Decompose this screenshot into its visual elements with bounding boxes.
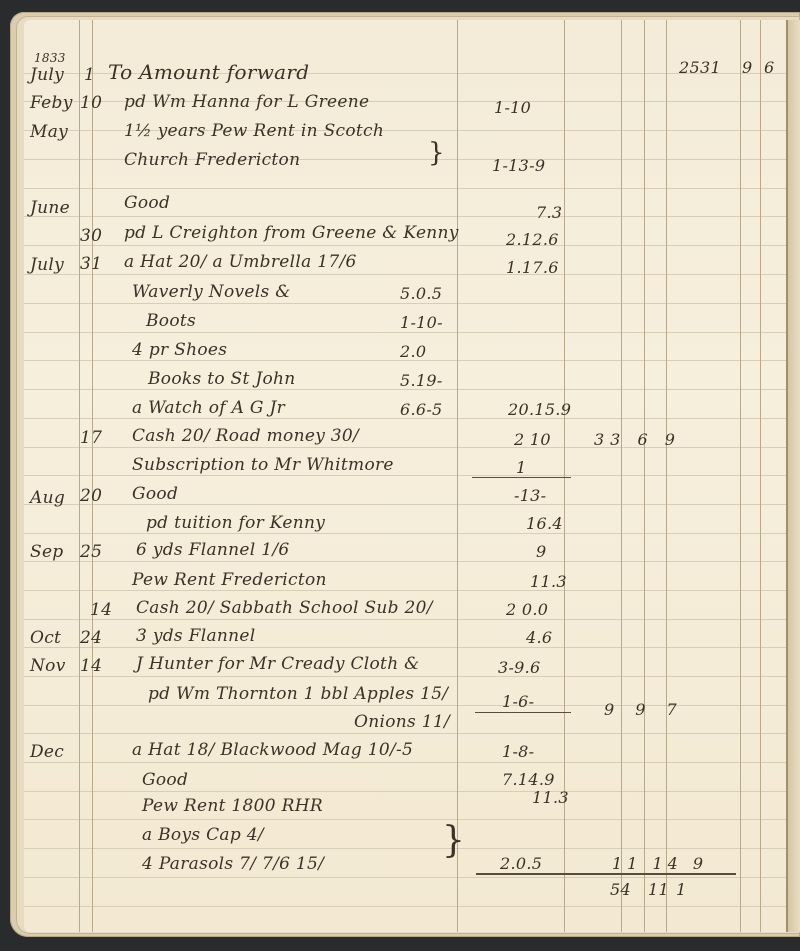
entry-amount: 11.3	[532, 788, 569, 808]
entry-description: pd tuition for Kenny	[146, 513, 325, 533]
entry-description: Church Fredericton	[124, 150, 300, 170]
subtotal-nov: 9 9 7	[604, 700, 685, 720]
entry-amount: 1-13-9	[492, 156, 545, 176]
entry-description: Onions 11/	[354, 712, 450, 732]
grand-total-pence: 1	[676, 880, 686, 900]
entry-description: a Watch of A G Jr	[132, 398, 285, 418]
entry-day: 31	[80, 254, 102, 274]
entry-description: Good	[132, 484, 178, 504]
entry-month: July	[30, 65, 64, 85]
total-line	[476, 873, 736, 875]
entry-sub-amount: 2.0	[400, 342, 426, 362]
entry-amount: 3-9.6	[498, 658, 541, 678]
entry-amount: 16.4	[526, 514, 563, 534]
balance-pounds: 2531	[679, 58, 721, 78]
ruled-line	[24, 274, 800, 275]
entry-month: Sep	[30, 542, 64, 562]
entry-description: J Hunter for Mr Cready Cloth &	[136, 654, 420, 674]
ruled-line	[24, 819, 800, 820]
entry-amount: 2.12.6	[506, 230, 559, 250]
entry-amount: 1-10	[494, 98, 531, 118]
grand-total-shillings: 11	[648, 880, 669, 900]
entry-amount: 2.0.5	[500, 854, 542, 874]
entry-description: pd Wm Thornton 1 bbl Apples 15/	[148, 684, 448, 704]
entry-month: Dec	[30, 742, 64, 762]
ruled-line	[24, 848, 800, 849]
entry-description: Subscription to Mr Whitmore	[132, 455, 394, 475]
entry-description: To Amount forward	[108, 62, 309, 82]
entry-amount: 1.17.6	[506, 258, 559, 278]
ruled-line	[24, 245, 800, 246]
entry-description: 4 pr Shoes	[132, 340, 227, 360]
entry-sub-amount: 1-10-	[400, 313, 443, 333]
ruled-line	[24, 733, 800, 734]
ruled-line	[24, 619, 800, 620]
entry-amount: 4.6	[526, 628, 552, 648]
entry-day: 10	[80, 93, 102, 113]
ruled-line	[24, 762, 800, 763]
entry-description: Books to St John	[148, 369, 296, 389]
entry-description: pd Wm Hanna for L Greene	[124, 92, 369, 112]
brace-mark: }	[442, 820, 465, 861]
subtotal-dec: 11 14 9	[612, 854, 708, 874]
sum-line	[475, 712, 571, 713]
brace-mark: }	[428, 138, 445, 168]
ruled-line	[24, 447, 800, 448]
entry-day: 14	[90, 600, 112, 620]
entry-day: 20	[80, 486, 102, 506]
entry-sub-amount: 5.0.5	[400, 284, 442, 304]
ruled-line	[24, 504, 800, 505]
entry-description: Pew Rent Fredericton	[132, 570, 327, 590]
entry-day: 30	[80, 226, 102, 246]
ruled-line	[24, 676, 800, 677]
ruled-line	[24, 906, 800, 907]
entry-description: 1½ years Pew Rent in Scotch	[124, 121, 384, 141]
entry-sub-amount: 6.6-5	[400, 400, 443, 420]
ruled-line	[24, 216, 800, 217]
total-column-rule	[666, 20, 667, 932]
entry-month: May	[30, 122, 68, 142]
ruled-line	[24, 877, 800, 878]
entry-amount: -13-	[514, 486, 546, 506]
entry-description: pd L Creighton from Greene & Kenny	[124, 223, 459, 243]
ruled-line	[24, 791, 800, 792]
entry-amount: 1-6-	[502, 692, 534, 712]
entry-amount: 1	[516, 458, 526, 478]
entry-day: 14	[80, 656, 102, 676]
entry-day: 17	[80, 428, 102, 448]
entry-description: 3 yds Flannel	[136, 626, 256, 646]
entry-month: July	[30, 255, 64, 275]
entry-month: Feby	[30, 93, 73, 113]
ledger-page: 1833 2531 9 6 July 1 To Amount forward F…	[24, 20, 800, 932]
ruled-line	[24, 561, 800, 562]
subtotal-july: 33 6 9	[594, 430, 681, 450]
entry-amount: 11.3	[530, 572, 567, 592]
entry-description: a Hat 20/ a Umbrella 17/6	[124, 252, 357, 272]
month-column-rule	[79, 20, 80, 932]
total-column-rule	[644, 20, 645, 932]
entry-description: 6 yds Flannel 1/6	[136, 540, 289, 560]
entry-day: 1	[84, 65, 95, 85]
entry-description: Waverly Novels &	[132, 282, 291, 302]
total-column-rule	[760, 20, 761, 932]
entry-description: a Boys Cap 4/	[142, 825, 264, 845]
entry-sub-amount: 5.19-	[400, 371, 443, 391]
day-column-rule	[92, 20, 93, 932]
entry-amount: 20.15.9	[508, 400, 571, 420]
entry-amount: 1-8-	[502, 742, 534, 762]
entry-month: Oct	[30, 628, 61, 648]
amount-column-rule	[457, 20, 458, 932]
entry-description: 4 Parasols 7/ 7/6 15/	[142, 854, 324, 874]
entry-amount: 7.3	[536, 203, 562, 223]
entry-day: 24	[80, 628, 102, 648]
entry-month: June	[30, 198, 70, 218]
entry-description: Good	[142, 770, 188, 790]
entry-amount: 2 10	[514, 430, 551, 450]
entry-description: Boots	[146, 311, 196, 331]
entry-month: Nov	[30, 656, 66, 676]
sum-line	[472, 477, 571, 478]
entry-amount: 2 0.0	[506, 600, 548, 620]
entry-description: Pew Rent 1800 RHR	[142, 796, 323, 816]
ruled-line	[24, 647, 800, 648]
entry-description: Cash 20/ Road money 30/	[132, 426, 359, 446]
entry-month: Aug	[30, 488, 65, 508]
total-column-rule	[621, 20, 622, 932]
entry-description: a Hat 18/ Blackwood Mag 10/-5	[132, 740, 413, 760]
grand-total-pounds: 54	[610, 880, 631, 900]
ruled-line	[24, 590, 800, 591]
entry-amount: 7.14.9	[502, 770, 555, 790]
entry-amount: 9	[536, 542, 546, 562]
entry-description: Good	[124, 193, 170, 213]
total-column-rule	[740, 20, 741, 932]
balance-shillings: 9	[742, 58, 752, 78]
ruled-line	[24, 533, 800, 534]
ruled-line	[24, 475, 800, 476]
entry-day: 25	[80, 542, 102, 562]
ruled-line	[24, 188, 800, 189]
balance-pence: 6	[764, 58, 774, 78]
page-gutter-edge	[786, 20, 800, 932]
entry-description: Cash 20/ Sabbath School Sub 20/	[136, 598, 433, 618]
